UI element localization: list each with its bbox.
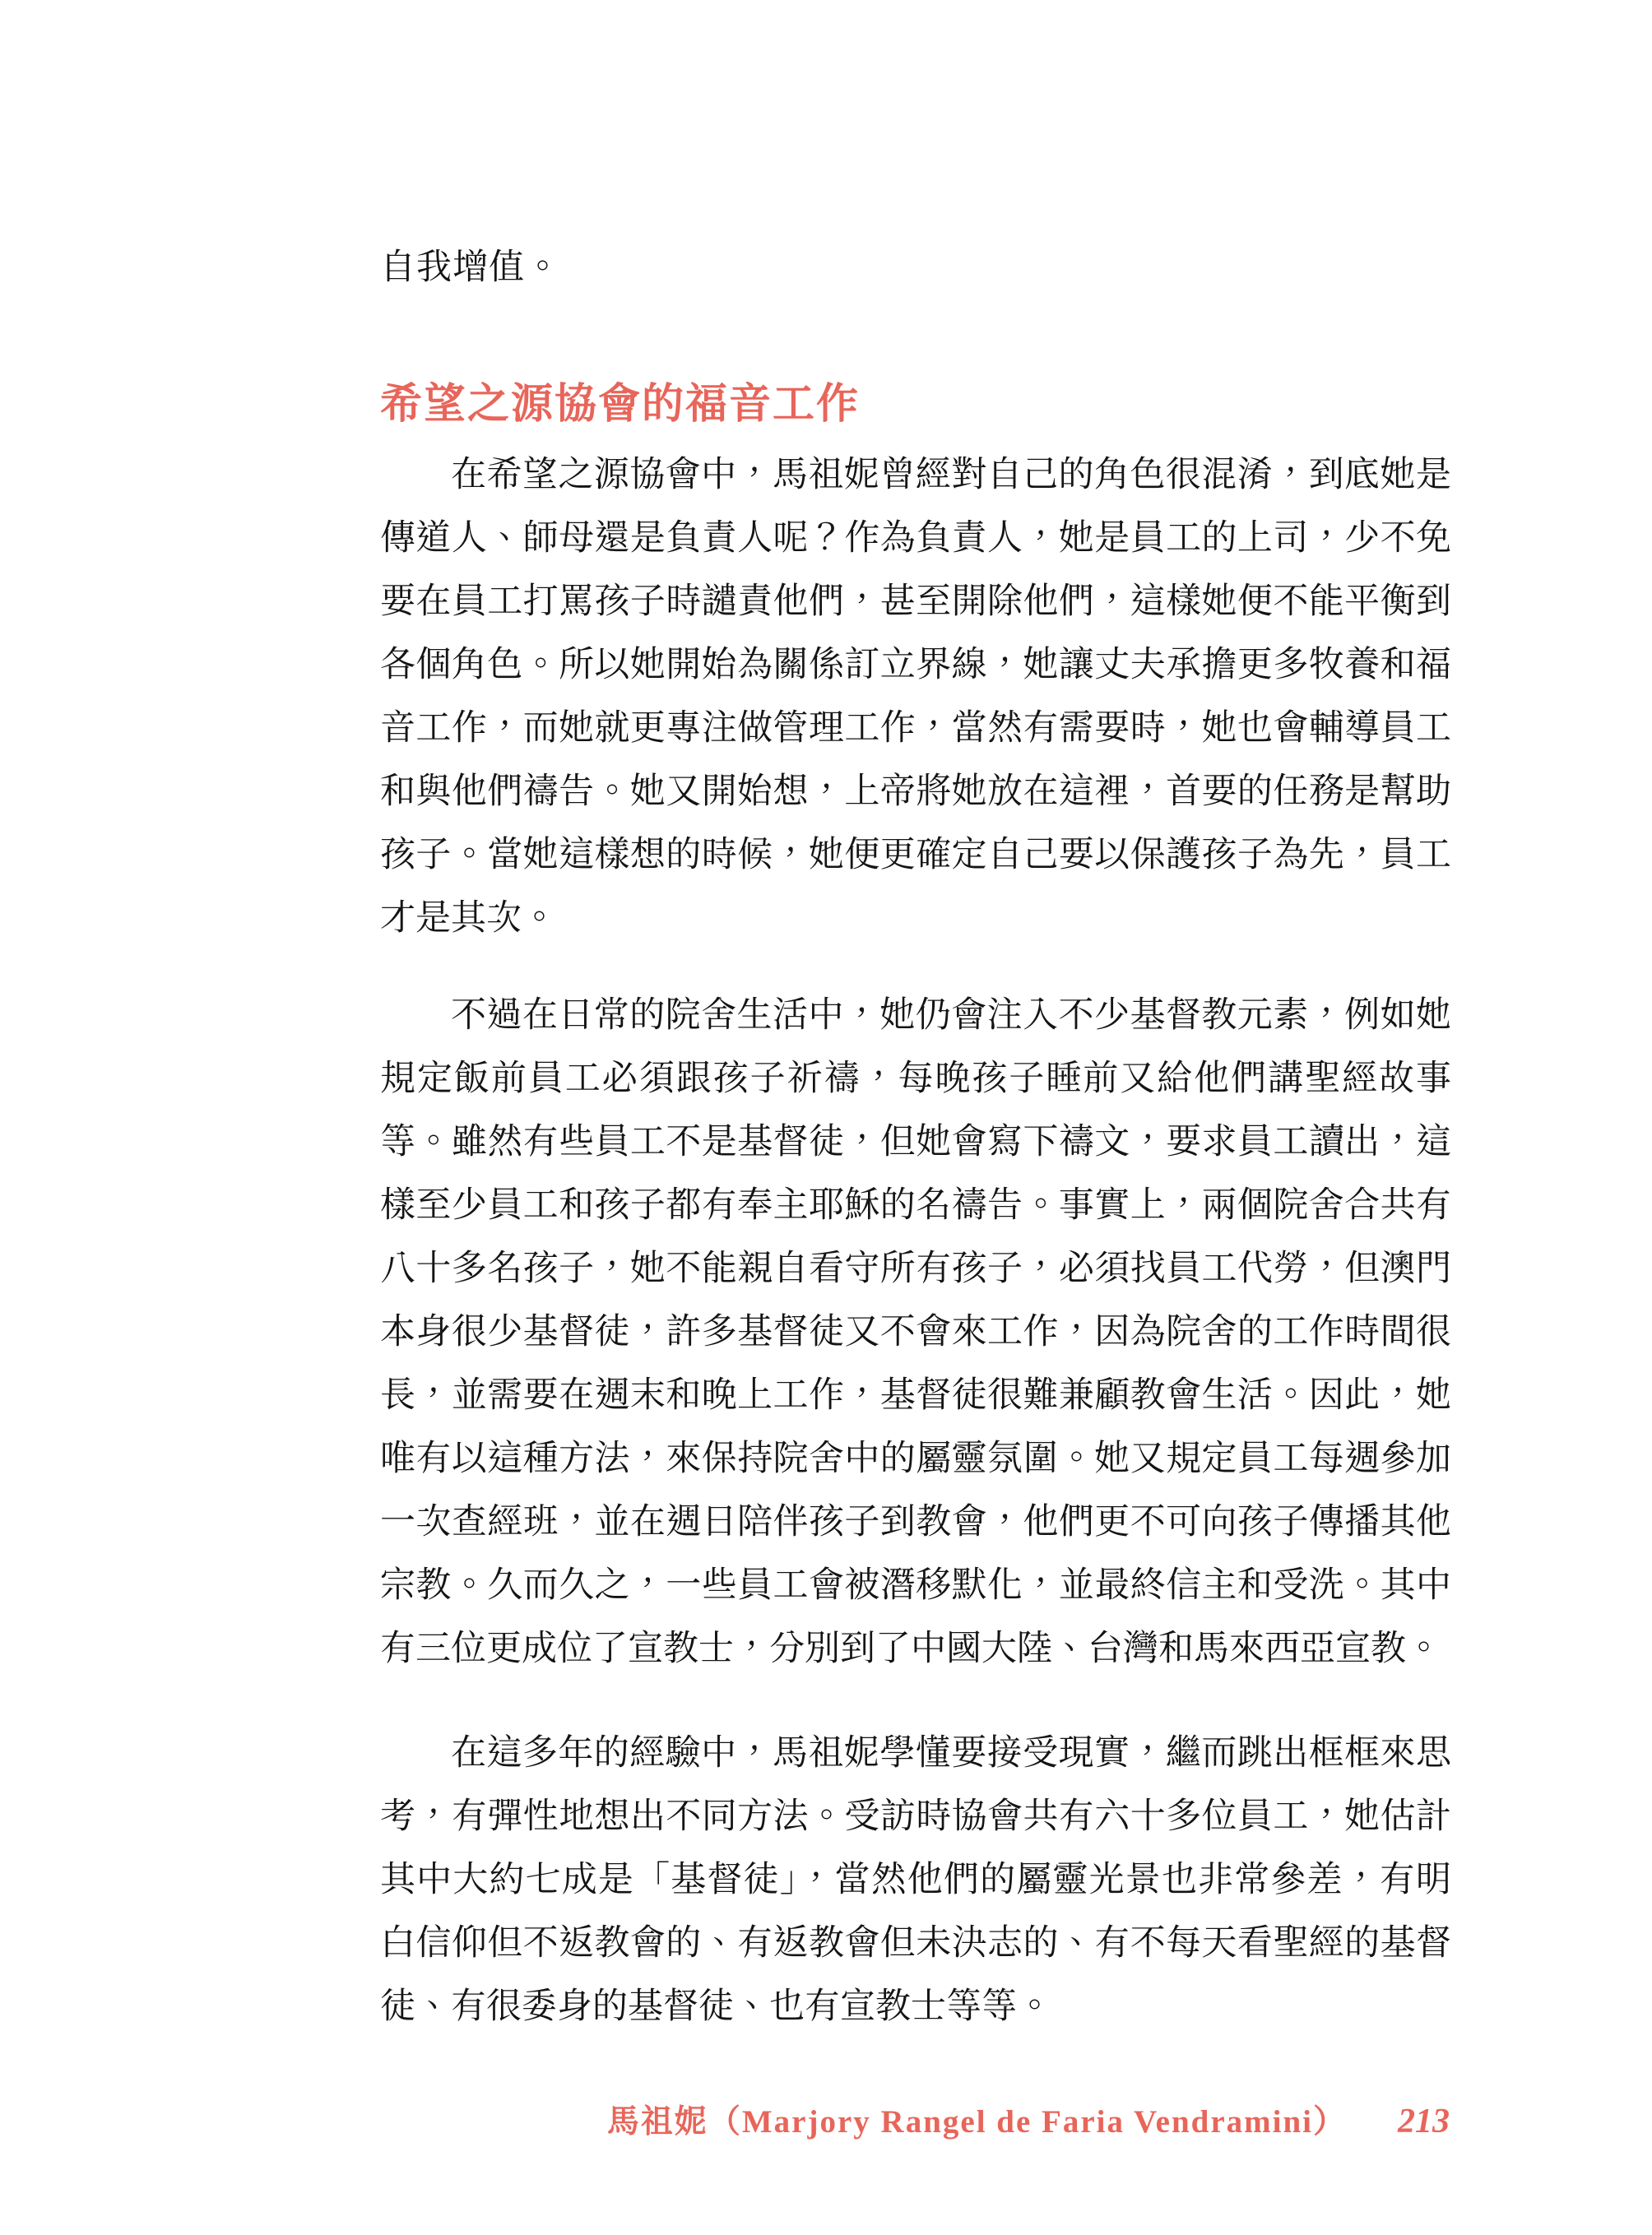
section-heading: 希望之源協會的福音工作 [380,380,1451,429]
book-page: 自我增值。 希望之源協會的福音工作 在希望之源協會中，馬祖妮曾經對自己的角色很混… [0,0,1652,2235]
body-paragraph-2: 不過在日常的院舍生活中，她仍會注入不少基督教元素，例如她規定飯前員工必須跟孩子祈… [380,984,1451,1681]
page-footer: 馬祖妮（Marjory Rangel de Faria Vendramini） … [607,2096,1450,2142]
paragraph-fragment-top: 自我增值。 [380,243,1451,293]
body-paragraph-1: 在希望之源協會中，馬祖妮曾經對自己的角色很混淆，到底她是傳道人、師母還是負責人呢… [380,443,1451,950]
body-paragraph-3: 在這多年的經驗中，馬祖妮學懂要接受現實，繼而跳出框框來思考，有彈性地想出不同方法… [380,1722,1451,2038]
running-title: 馬祖妮（Marjory Rangel de Faria Vendramini） [607,2096,1347,2142]
page-number: 213 [1398,2102,1450,2141]
